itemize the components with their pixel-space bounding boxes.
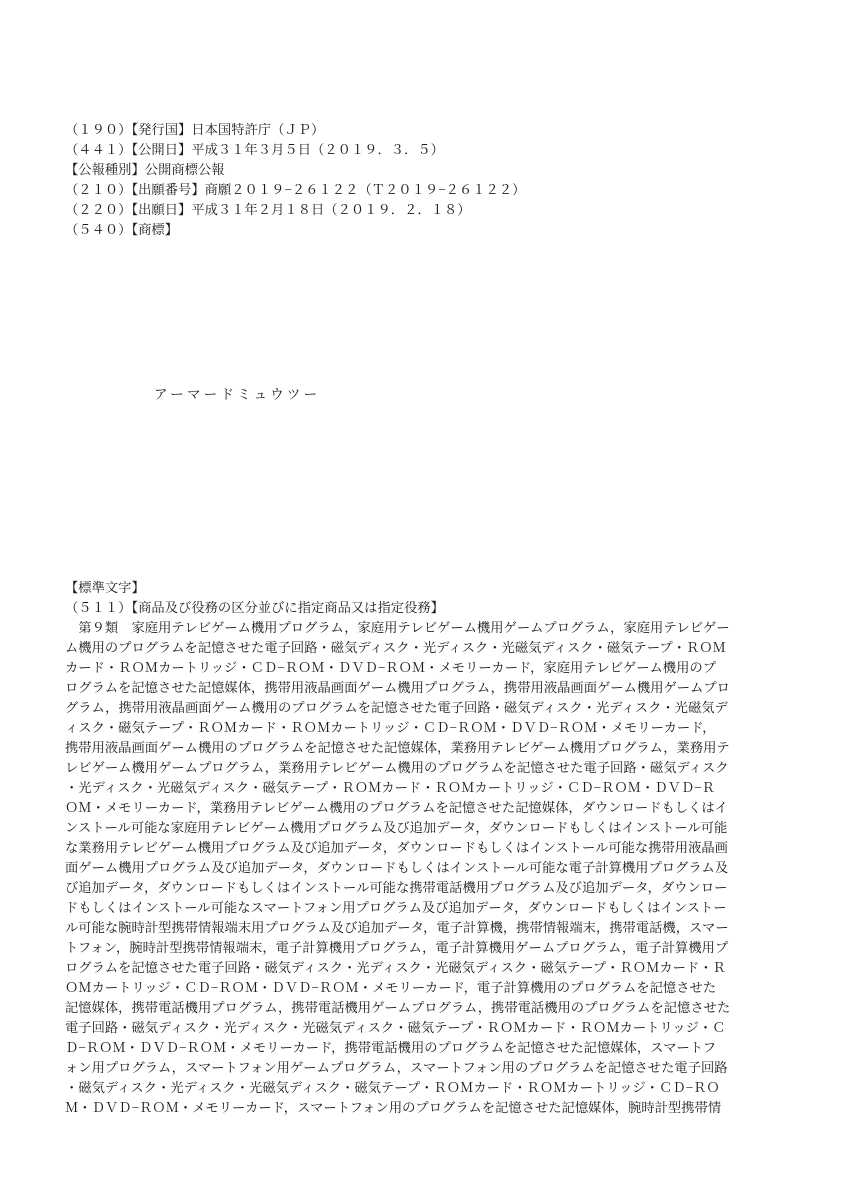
goods-line: 第９類 家庭用テレビゲーム機用プログラム，家庭用テレビゲーム機用ゲームプログラム… — [65, 618, 730, 638]
header-line: （５４０）【商標】 — [65, 220, 525, 240]
goods-line: Ｍ・ＤＶＤ−ＲＯＭ・メモリーカード，スマートフォン用のプログラムを記憶させた記憶… — [65, 1098, 730, 1118]
designated-goods-paragraph: 第９類 家庭用テレビゲーム機用プログラム，家庭用テレビゲーム機用ゲームプログラム… — [65, 618, 730, 1118]
goods-line: な業務用テレビゲーム機用プログラム及び追加データ，ダウンロードもしくはインストー… — [65, 838, 730, 858]
goods-line: ム機用のプログラムを記憶させた電子回路・磁気ディスク・光ディスク・光磁気ディスク… — [65, 638, 730, 658]
goods-line: ログラムを記憶させた電子回路・磁気ディスク・光ディスク・光磁気ディスク・磁気テー… — [65, 958, 730, 978]
goods-line: レビゲーム機用ゲームプログラム，業務用テレビゲーム機用のプログラムを記憶させた電… — [65, 758, 730, 778]
header-line: （２１０）【出願番号】商願２０１９−２６１２２（Ｔ２０１９−２６１２２） — [65, 180, 525, 200]
goods-line: ・磁気ディスク・光ディスク・光磁気ディスク・磁気テープ・ＲＯＭカード・ＲＯＭカー… — [65, 1078, 730, 1098]
goods-line: び追加データ，ダウンロードもしくはインストール可能な携帯電話機用プログラム及び追… — [65, 878, 730, 898]
goods-line: ィスク・磁気テープ・ＲＯＭカード・ＲＯＭカートリッジ・ＣＤ−ＲＯＭ・ＤＶＤ−ＲＯ… — [65, 718, 730, 738]
trademark-text: アーマードミュウツー — [154, 385, 320, 405]
standard-characters-label: 【標準文字】 — [65, 578, 730, 598]
bibliographic-header: （１９０）【発行国】日本国特許庁（ＪＰ）（４４１）【公開日】平成３１年３月５日（… — [65, 120, 525, 240]
goods-line: ・光ディスク・光磁気ディスク・磁気テープ・ＲＯＭカード・ＲＯＭカートリッジ・ＣＤ… — [65, 778, 730, 798]
goods-line: カード・ＲＯＭカートリッジ・ＣＤ−ＲＯＭ・ＤＶＤ−ＲＯＭ・メモリーカード，家庭用… — [65, 658, 730, 678]
header-line: （４４１）【公開日】平成３１年３月５日（２０１９．３．５） — [65, 140, 525, 160]
goods-line: ル可能な腕時計型携帯情報端末用プログラム及び追加データ，電子計算機，携帯情報端末… — [65, 918, 730, 938]
goods-line: ドもしくはインストール可能なスマートフォン用プログラム及び追加データ，ダウンロー… — [65, 898, 730, 918]
goods-line: グラム，携帯用液晶画面ゲーム機用のプログラムを記憶させた電子回路・磁気ディスク・… — [65, 698, 730, 718]
goods-line: ンストール可能な家庭用テレビゲーム機用プログラム及び追加データ，ダウンロードもし… — [65, 818, 730, 838]
goods-line: ＯＭカートリッジ・ＣＤ−ＲＯＭ・ＤＶＤ−ＲＯＭ・メモリーカード，電子計算機用のプ… — [65, 978, 730, 998]
goods-line: 電子回路・磁気ディスク・光ディスク・光磁気ディスク・磁気テープ・ＲＯＭカード・Ｒ… — [65, 1018, 730, 1038]
header-line: （１９０）【発行国】日本国特許庁（ＪＰ） — [65, 120, 525, 140]
goods-line: ォン用プログラム，スマートフォン用ゲームプログラム，スマートフォン用のプログラム… — [65, 1058, 730, 1078]
goods-line: ログラムを記憶させた記憶媒体，携帯用液晶画面ゲーム機用プログラム，携帯用液晶画面… — [65, 678, 730, 698]
goods-line: 面ゲーム機用プログラム及び追加データ，ダウンロードもしくはインストール可能な電子… — [65, 858, 730, 878]
header-line: 【公報種別】公開商標公報 — [65, 160, 525, 180]
goods-line: Ｄ−ＲＯＭ・ＤＶＤ−ＲＯＭ・メモリーカード，携帯電話機用のプログラムを記憶させた… — [65, 1038, 730, 1058]
goods-line: トフォン，腕時計型携帯情報端末，電子計算機用プログラム，電子計算機用ゲームプログ… — [65, 938, 730, 958]
goods-section: 【標準文字】 （５１１）【商品及び役務の区分並びに指定商品又は指定役務】 第９類… — [65, 578, 730, 1118]
goods-line: ＯＭ・メモリーカード，業務用テレビゲーム機用のプログラムを記憶させた記憶媒体，ダ… — [65, 798, 730, 818]
goods-heading: （５１１）【商品及び役務の区分並びに指定商品又は指定役務】 — [65, 598, 730, 618]
trademark-gazette-page: （１９０）【発行国】日本国特許庁（ＪＰ）（４４１）【公開日】平成３１年３月５日（… — [0, 0, 848, 1200]
goods-line: 携帯用液晶画面ゲーム機用のプログラムを記憶させた記憶媒体，業務用テレビゲーム機用… — [65, 738, 730, 758]
goods-line: 記憶媒体，携帯電話機用プログラム，携帯電話機用ゲームプログラム，携帯電話機用のプ… — [65, 998, 730, 1018]
header-line: （２２０）【出願日】平成３１年２月１８日（２０１９．２．１８） — [65, 200, 525, 220]
